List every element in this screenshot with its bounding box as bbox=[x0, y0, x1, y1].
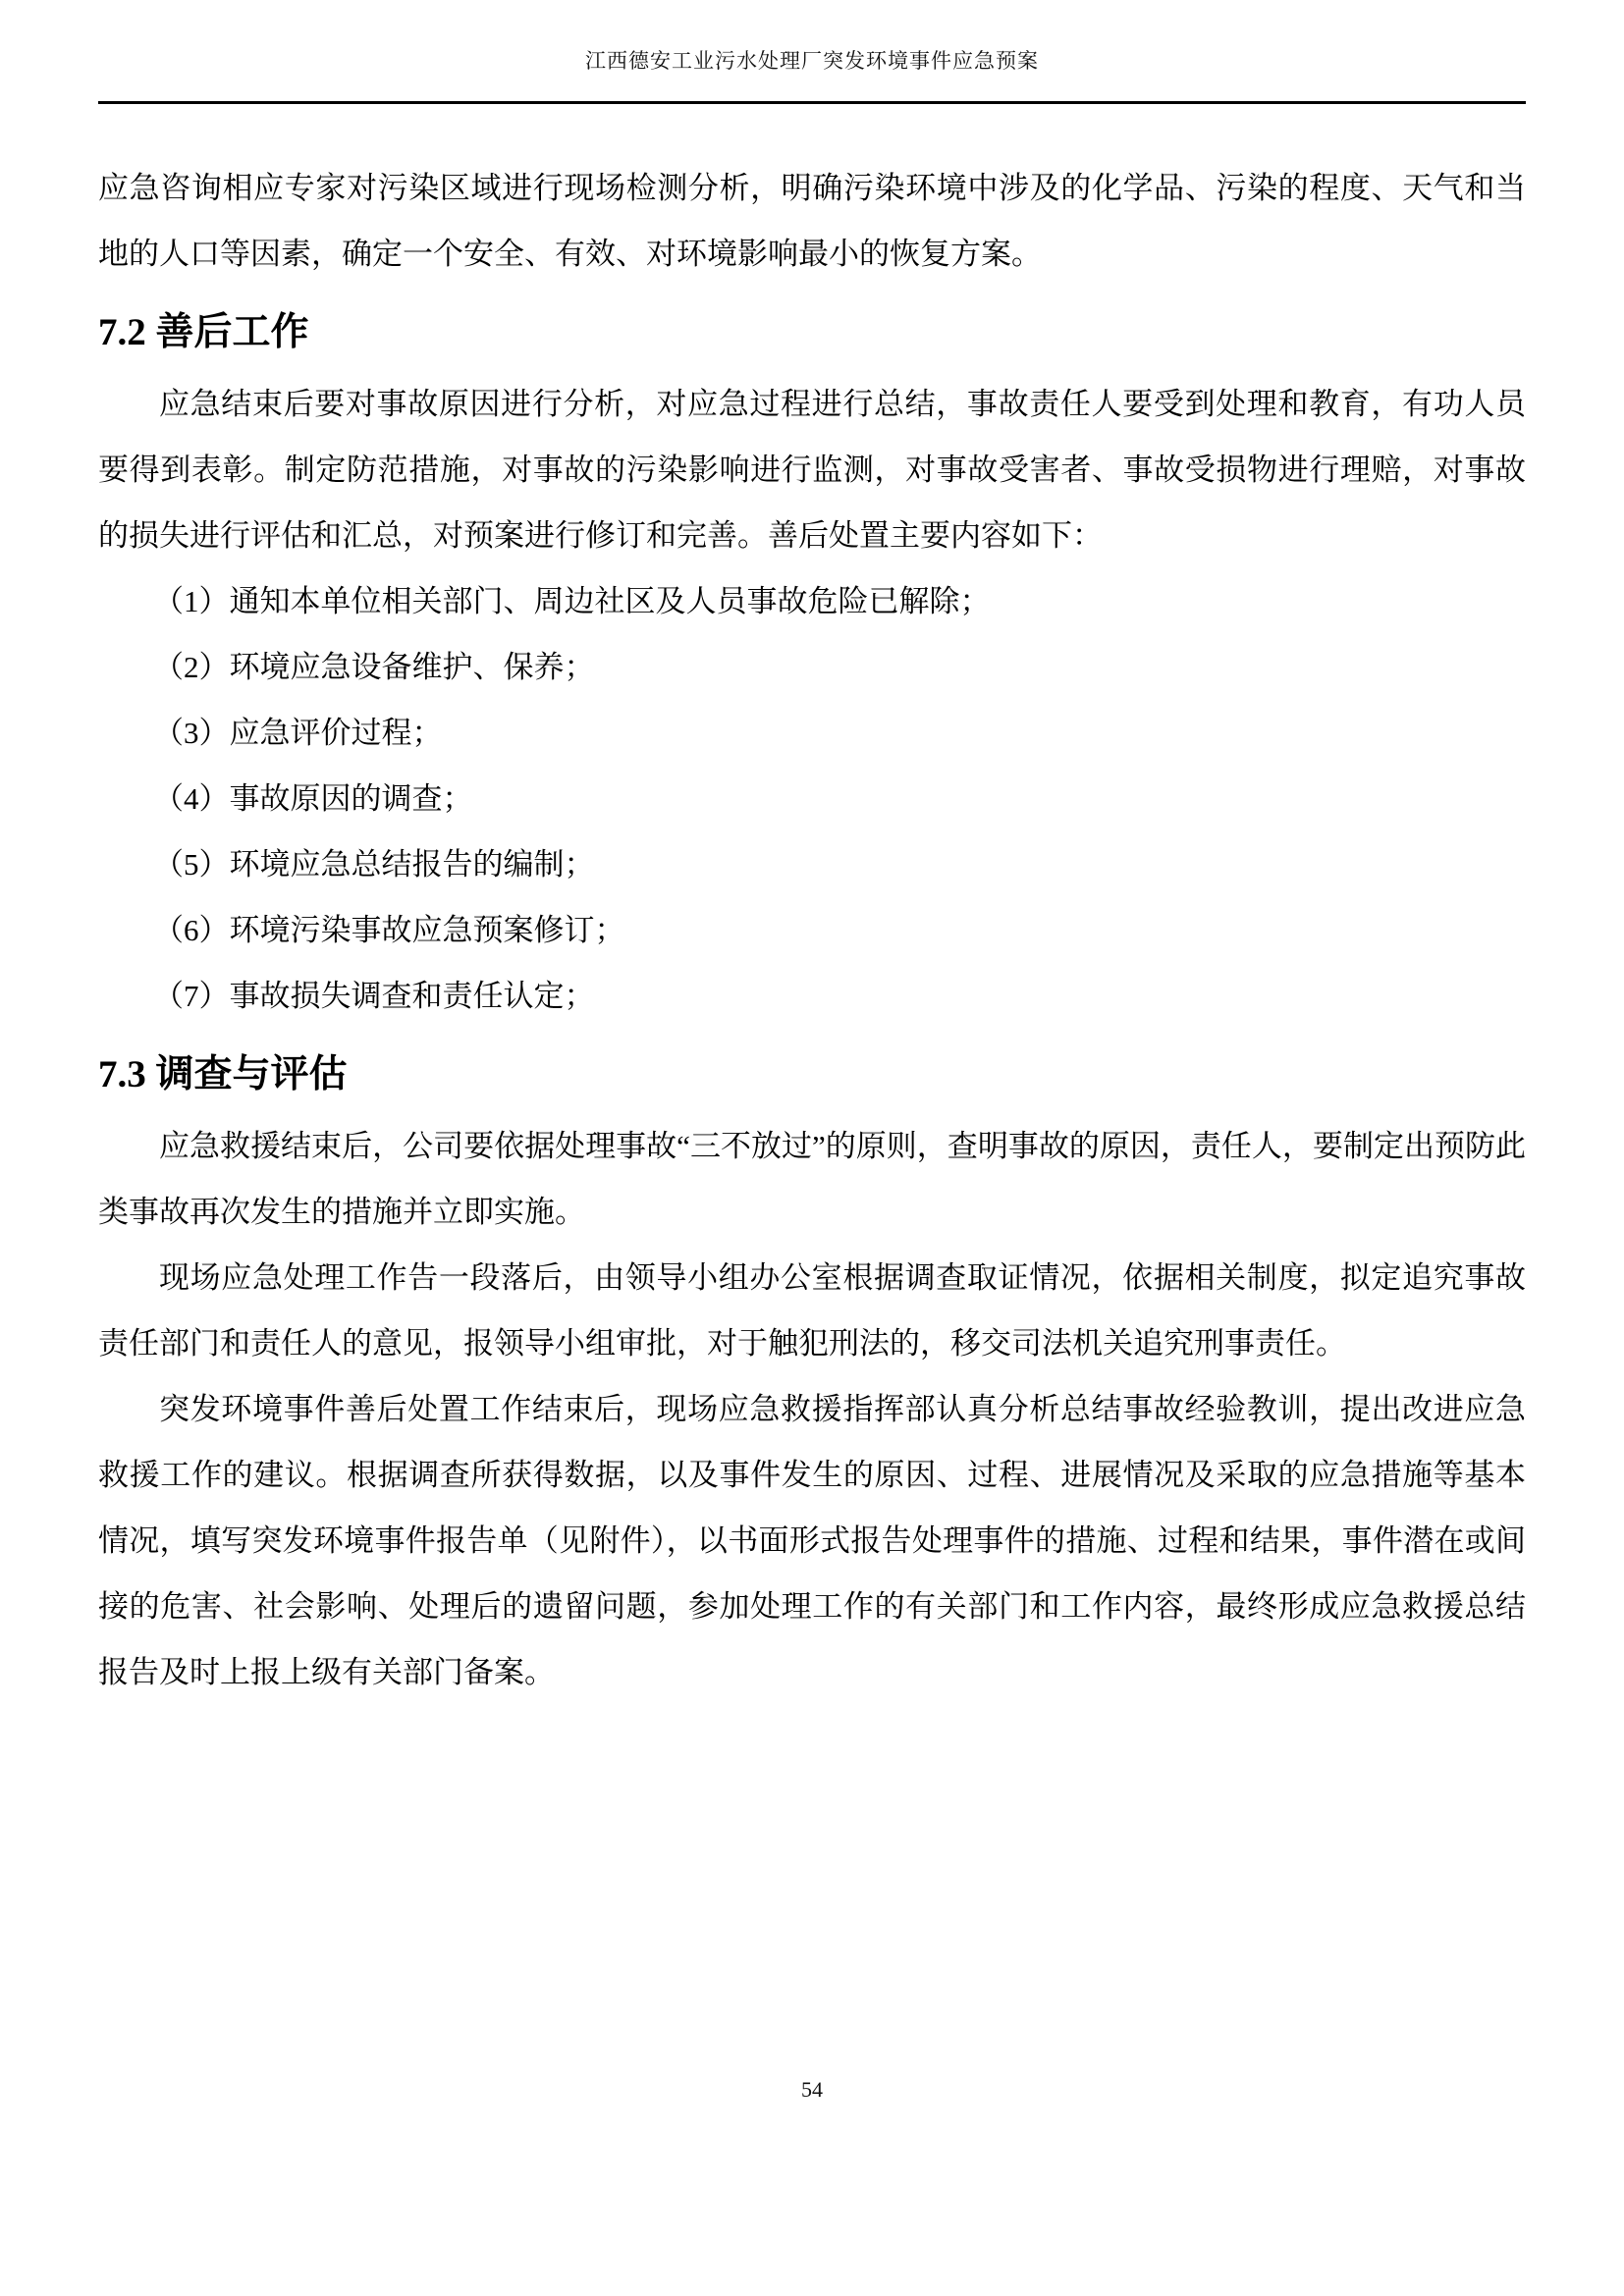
paragraph-7-2: 应急结束后要对事故原因进行分析，对应急过程进行总结，事故责任人要受到处理和教育，… bbox=[98, 371, 1526, 568]
list-item-6: （6）环境污染事故应急预案修订； bbox=[98, 897, 1526, 963]
document-header-title: 江西德安工业污水处理厂突发环境事件应急预案 bbox=[0, 45, 1624, 75]
section-heading-7-3: 7.3 调查与评估 bbox=[98, 1044, 1526, 1105]
paragraph-7-3-1: 应急救援结束后，公司要依据处理事故“三不放过”的原则，查明事故的原因，责任人，要… bbox=[98, 1113, 1526, 1245]
document-page: 江西德安工业污水处理厂突发环境事件应急预案 应急咨询相应专家对污染区域进行现场检… bbox=[0, 0, 1624, 2296]
list-item-7: （7）事故损失调查和责任认定； bbox=[98, 963, 1526, 1029]
paragraph-7-3-2: 现场应急处理工作告一段落后，由领导小组办公室根据调查取证情况，依据相关制度，拟定… bbox=[98, 1245, 1526, 1376]
document-body: 应急咨询相应专家对污染区域进行现场检测分析，明确污染环境中涉及的化学品、污染的程… bbox=[98, 155, 1526, 1705]
list-item-2: （2）环境应急设备维护、保养； bbox=[98, 634, 1526, 700]
list-item-4: （4）事故原因的调查； bbox=[98, 766, 1526, 831]
section-heading-7-2: 7.2 善后工作 bbox=[98, 302, 1526, 363]
list-item-1: （1）通知本单位相关部门、周边社区及人员事故危险已解除； bbox=[98, 568, 1526, 634]
paragraph-intro: 应急咨询相应专家对污染区域进行现场检测分析，明确污染环境中涉及的化学品、污染的程… bbox=[98, 155, 1526, 287]
paragraph-7-3-3: 突发环境事件善后处置工作结束后，现场应急救援指挥部认真分析总结事故经验教训，提出… bbox=[98, 1376, 1526, 1705]
list-item-3: （3）应急评价过程； bbox=[98, 700, 1526, 766]
page-number: 54 bbox=[0, 2077, 1624, 2103]
list-item-5: （5）环境应急总结报告的编制； bbox=[98, 831, 1526, 897]
header-rule bbox=[98, 101, 1526, 104]
